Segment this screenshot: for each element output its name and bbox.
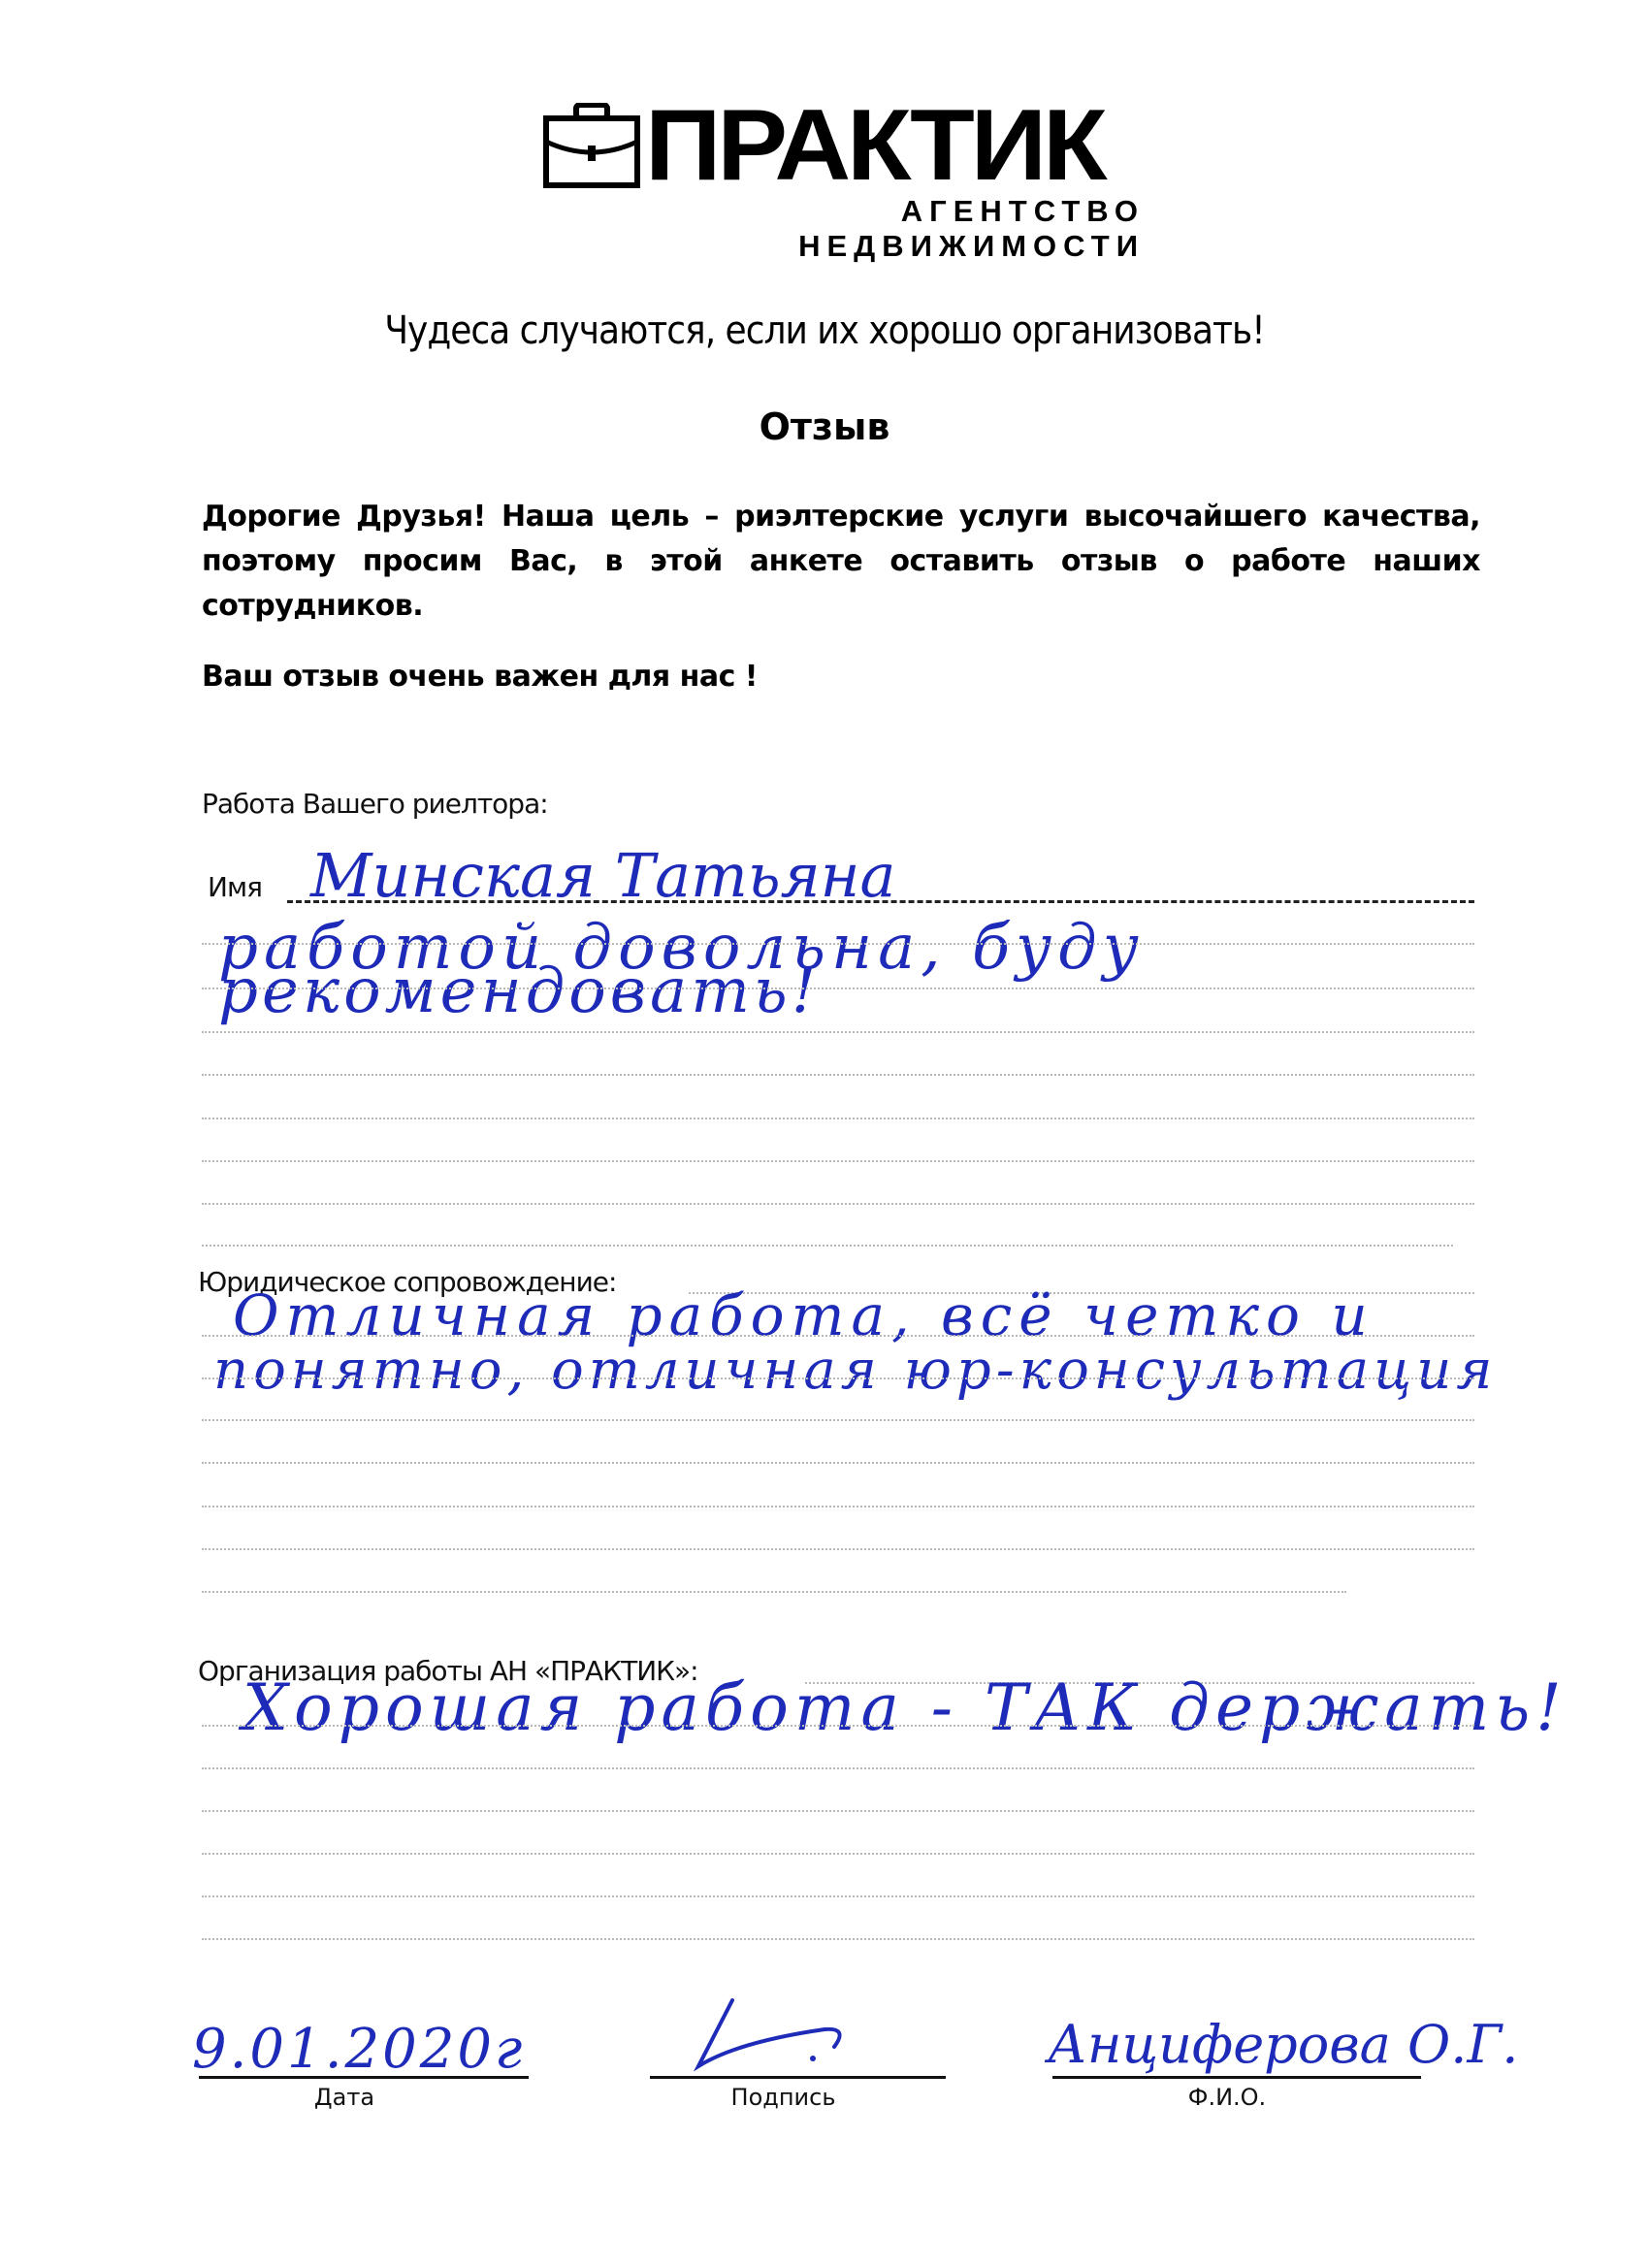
name-label: Имя xyxy=(208,871,262,903)
signature-underline xyxy=(650,2076,946,2079)
organization-comment[interactable]: Хорошая работа - ТАК держать! xyxy=(242,1670,1568,1745)
date-value[interactable]: 9.01.2020г xyxy=(192,2018,525,2081)
dotted-line xyxy=(202,943,1474,945)
page-title: Отзыв xyxy=(0,405,1649,448)
realtor-comment-line-2[interactable]: рекомендовать! xyxy=(218,956,820,1027)
signature-scribble[interactable] xyxy=(679,1998,931,2076)
dotted-line xyxy=(202,1245,1453,1247)
name-value[interactable]: Минская Татьяна xyxy=(310,840,895,911)
date-label: Дата xyxy=(199,2084,490,2111)
dotted-line xyxy=(202,1031,1474,1033)
legal-comment-line-2[interactable]: понятно, отличная юр-консультация xyxy=(213,1339,1497,1402)
dotted-line xyxy=(202,1506,1474,1507)
dotted-line xyxy=(202,1074,1474,1076)
signature-label: Подпись xyxy=(650,2084,917,2111)
briefcase-icon xyxy=(543,103,640,188)
dotted-line xyxy=(202,1203,1474,1205)
fio-value[interactable]: Анциферова О.Г. xyxy=(1048,2014,1518,2075)
dotted-line xyxy=(202,1725,1474,1727)
dotted-line xyxy=(202,1548,1474,1550)
brand-subtitle: АГЕНТСТВО НЕДВИЖИМОСТИ xyxy=(543,194,1145,264)
dotted-line xyxy=(202,988,1474,989)
fio-label: Ф.И.О. xyxy=(1052,2084,1402,2111)
brand-name: ПРАКТИК xyxy=(645,95,1103,196)
dotted-line xyxy=(202,1938,1474,1940)
fio-underline xyxy=(1052,2076,1421,2079)
dotted-line xyxy=(202,1419,1474,1421)
dotted-line xyxy=(202,1377,1474,1379)
dotted-line xyxy=(202,1118,1474,1119)
dotted-line xyxy=(202,1591,1346,1593)
important-note: Ваш отзыв очень важен для нас ! xyxy=(202,660,758,694)
date-underline xyxy=(199,2076,529,2079)
dotted-line xyxy=(202,1853,1474,1855)
dotted-line xyxy=(202,1767,1474,1769)
dotted-line xyxy=(202,1810,1474,1812)
intro-text: Дорогие Друзья! Наша цель – риэлтерские … xyxy=(202,495,1480,629)
dotted-line xyxy=(202,1335,1474,1337)
dotted-line xyxy=(202,1895,1474,1897)
dotted-line xyxy=(202,1160,1474,1162)
dotted-line xyxy=(202,1462,1474,1464)
company-logo: ПРАКТИК АГЕНТСТВО НЕДВИЖИМОСТИ xyxy=(543,95,1145,221)
slogan: Чудеса случаются, если их хорошо организ… xyxy=(0,308,1649,353)
section-realtor-label: Работа Вашего риелтора: xyxy=(202,788,548,820)
